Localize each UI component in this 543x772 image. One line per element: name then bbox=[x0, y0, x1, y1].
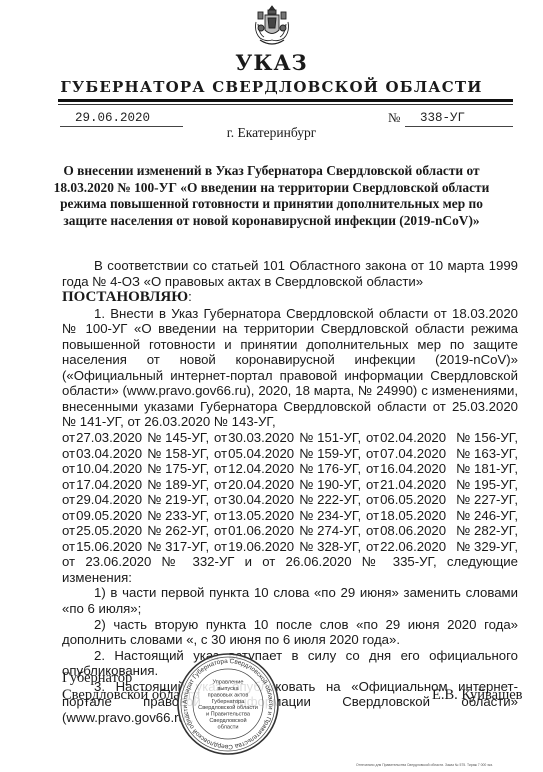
amendment-cell: от bbox=[62, 446, 76, 462]
amendment-cell: от bbox=[214, 539, 228, 555]
amendment-cell: 09.05.2020 bbox=[76, 508, 147, 524]
amendment-cell: от bbox=[62, 430, 76, 446]
amendment-row: от09.05.2020№ 233-УГ,от13.05.2020№ 234-У… bbox=[62, 508, 518, 524]
decree-heading: О внесении изменений в Указ Губернатора … bbox=[40, 163, 503, 229]
official-stamp-icon: Аппарат Губернатора Свердловской области… bbox=[176, 652, 280, 756]
amendment-cell: № 222-УГ, bbox=[299, 492, 366, 508]
amendment-cell: от bbox=[366, 523, 380, 539]
amendment-cell: № 175-УГ, bbox=[147, 461, 214, 477]
amendment-cell: № 151-УГ, bbox=[299, 430, 366, 446]
amendment-cell: от bbox=[62, 539, 76, 555]
item-1-tail: от 23.06.2020 № 332-УГ и от 26.06.2020 №… bbox=[62, 554, 518, 585]
amendment-cell: от bbox=[214, 461, 228, 477]
amendment-cell: № 246-УГ, bbox=[451, 508, 518, 524]
header-rule-thin bbox=[58, 104, 513, 105]
amendment-cell: № 156-УГ, bbox=[451, 430, 518, 446]
amendment-cell: 30.04.2020 bbox=[228, 492, 299, 508]
amendment-cell: № 274-УГ, bbox=[299, 523, 366, 539]
signer-name: Е.В. Куйвашев bbox=[432, 687, 523, 704]
stamp-center-line: Свердловской bbox=[209, 717, 246, 724]
amendment-row: от10.04.2020№ 175-УГ,от12.04.2020№ 176-У… bbox=[62, 461, 518, 477]
amendment-cell: 03.04.2020 bbox=[76, 446, 147, 462]
amendment-cell: 20.04.2020 bbox=[228, 477, 299, 493]
amendment-cell: 27.03.2020 bbox=[76, 430, 147, 446]
document-type-title: УКАЗ bbox=[0, 50, 543, 75]
amendment-cell: 25.05.2020 bbox=[76, 523, 147, 539]
amendment-cell: от bbox=[366, 430, 380, 446]
amendment-cell: 07.04.2020 bbox=[380, 446, 451, 462]
stamp-center-line: Губернатора bbox=[212, 699, 246, 705]
print-footer: Отпечатано для Правительства Свердловско… bbox=[356, 763, 493, 767]
number-sign: № bbox=[388, 110, 400, 126]
amendment-cell: № 234-УГ, bbox=[299, 508, 366, 524]
amendment-cell: № 317-УГ, bbox=[147, 539, 214, 555]
item-1-intro: 1. Внести в Указ Губернатора Свердловско… bbox=[62, 306, 518, 430]
amendment-row: от17.04.2020№ 189-УГ,от20.04.2020№ 190-У… bbox=[62, 477, 518, 493]
amendment-row: от03.04.2020№ 158-УГ,от05.04.2020№ 159-У… bbox=[62, 446, 518, 462]
amendments-list: от27.03.2020№ 145-УГ,от30.03.2020№ 151-У… bbox=[62, 430, 518, 554]
amendment-cell: 21.04.2020 bbox=[380, 477, 451, 493]
amendment-cell: № 329-УГ, bbox=[451, 539, 518, 555]
amendment-cell: № 233-УГ, bbox=[147, 508, 214, 524]
amendment-cell: 29.04.2020 bbox=[76, 492, 147, 508]
decree-word-line: ПОСТАНОВЛЯЮ: bbox=[62, 289, 518, 306]
amendment-cell: № 176-УГ, bbox=[299, 461, 366, 477]
amendment-cell: 15.06.2020 bbox=[76, 539, 147, 555]
header-rule-thick bbox=[58, 99, 513, 102]
decree-number: 338-УГ bbox=[420, 111, 465, 125]
amendment-row: от27.03.2020№ 145-УГ,от30.03.2020№ 151-У… bbox=[62, 430, 518, 446]
amendment-cell: № 158-УГ, bbox=[147, 446, 214, 462]
amendment-cell: 02.04.2020 bbox=[380, 430, 451, 446]
amendment-cell: от bbox=[366, 461, 380, 477]
amendment-cell: от bbox=[366, 492, 380, 508]
amendment-cell: 17.04.2020 bbox=[76, 477, 147, 493]
amendment-cell: 19.06.2020 bbox=[228, 539, 299, 555]
amendment-cell: № 219-УГ, bbox=[147, 492, 214, 508]
issuer-title: ГУБЕРНАТОРА СВЕРДЛОВСКОЙ ОБЛАСТИ bbox=[0, 78, 543, 96]
amendment-cell: от bbox=[62, 461, 76, 477]
stamp-center-line: Управление bbox=[212, 680, 243, 686]
amendment-cell: № 282-УГ, bbox=[451, 523, 518, 539]
sub-item-2: 2) часть вторую пункта 10 после слов «по… bbox=[62, 617, 518, 648]
amendment-row: от25.05.2020№ 262-УГ,от01.06.2020№ 274-У… bbox=[62, 523, 518, 539]
amendment-cell: 01.06.2020 bbox=[228, 523, 299, 539]
amendment-cell: 18.05.2020 bbox=[380, 508, 451, 524]
amendment-cell: от bbox=[214, 477, 228, 493]
city: г. Екатеринбург bbox=[0, 125, 543, 141]
amendment-cell: 08.06.2020 bbox=[380, 523, 451, 539]
amendment-cell: № 145-УГ, bbox=[147, 430, 214, 446]
amendment-cell: № 189-УГ, bbox=[147, 477, 214, 493]
amendment-cell: 16.04.2020 bbox=[380, 461, 451, 477]
stamp-center-line: и Правительства bbox=[206, 712, 251, 718]
stamp-center-line: правовых актов bbox=[208, 692, 249, 698]
amendment-cell: от bbox=[366, 539, 380, 555]
amendment-cell: от bbox=[366, 446, 380, 462]
amendment-cell: от bbox=[62, 492, 76, 508]
amendment-cell: № 195-УГ, bbox=[451, 477, 518, 493]
amendment-cell: 22.06.2020 bbox=[380, 539, 451, 555]
amendment-cell: № 163-УГ, bbox=[451, 446, 518, 462]
amendment-row: от15.06.2020№ 317-УГ,от19.06.2020№ 328-У… bbox=[62, 539, 518, 555]
amendment-cell: 12.04.2020 bbox=[228, 461, 299, 477]
amendment-cell: 06.05.2020 bbox=[380, 492, 451, 508]
decree-date: 29.06.2020 bbox=[75, 111, 150, 125]
amendment-cell: от bbox=[62, 477, 76, 493]
amendment-cell: от bbox=[214, 430, 228, 446]
amendment-cell: от bbox=[214, 523, 228, 539]
decree-body: В соответствии со статьей 101 Областного… bbox=[62, 258, 518, 725]
stamp-center-line: выпуска bbox=[217, 686, 239, 692]
amendment-cell: № 328-УГ, bbox=[299, 539, 366, 555]
preamble: В соответствии со статьей 101 Областного… bbox=[62, 258, 518, 289]
decree-word: ПОСТАНОВЛЯЮ bbox=[62, 289, 188, 305]
amendment-cell: 30.03.2020 bbox=[228, 430, 299, 446]
amendment-cell: № 181-УГ, bbox=[451, 461, 518, 477]
amendment-cell: от bbox=[366, 477, 380, 493]
amendment-cell: от bbox=[214, 492, 228, 508]
sub-item-1: 1) в части первой пункта 10 слова «по 29… bbox=[62, 585, 518, 616]
amendment-row: от29.04.2020№ 219-УГ,от30.04.2020№ 222-У… bbox=[62, 492, 518, 508]
amendment-cell: от bbox=[62, 508, 76, 524]
amendment-cell: 10.04.2020 bbox=[76, 461, 147, 477]
stamp-center-line: области bbox=[218, 724, 239, 730]
amendment-cell: 13.05.2020 bbox=[228, 508, 299, 524]
amendment-cell: № 190-УГ, bbox=[299, 477, 366, 493]
coat-of-arms-icon bbox=[252, 4, 292, 50]
decree-colon: : bbox=[188, 289, 192, 304]
stamp-center-line: Свердловской области bbox=[198, 704, 258, 711]
amendment-cell: от bbox=[62, 523, 76, 539]
amendment-cell: № 227-УГ, bbox=[451, 492, 518, 508]
amendment-cell: от bbox=[214, 446, 228, 462]
amendment-cell: от bbox=[366, 508, 380, 524]
amendment-cell: 05.04.2020 bbox=[228, 446, 299, 462]
amendment-cell: от bbox=[214, 508, 228, 524]
amendment-cell: № 159-УГ, bbox=[299, 446, 366, 462]
amendment-cell: № 262-УГ, bbox=[147, 523, 214, 539]
